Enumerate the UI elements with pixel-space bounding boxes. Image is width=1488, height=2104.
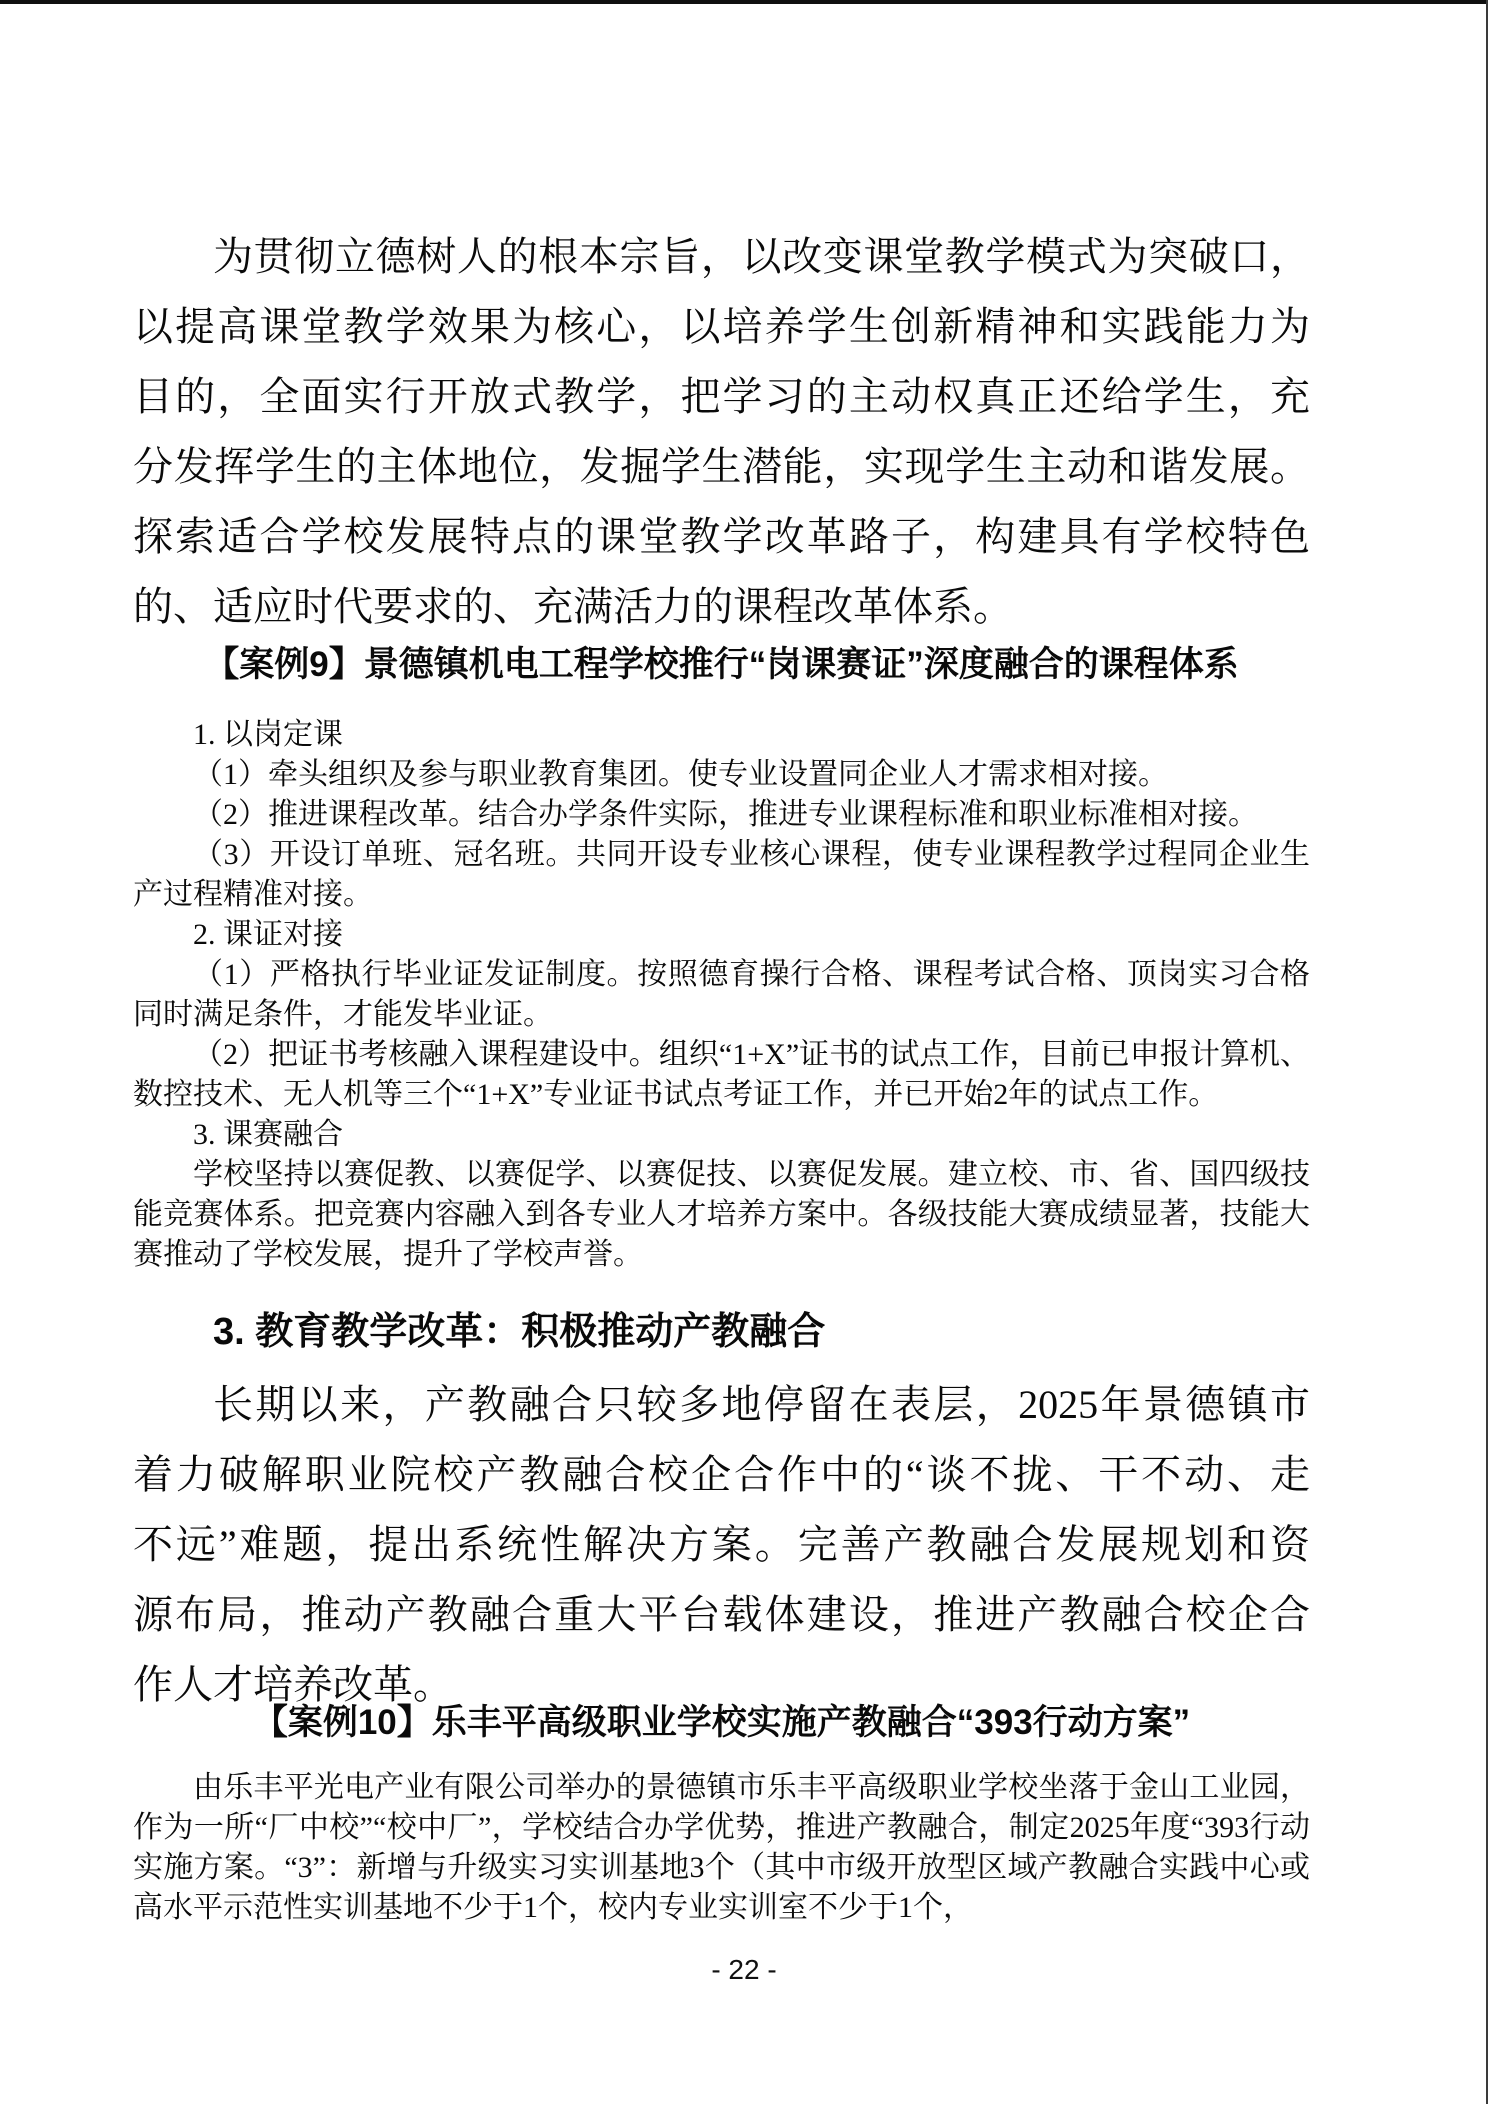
case9-item: （2）把证书考核融入课程建设中。组织“1+X”证书的试点工作，目前已申报计算机、…: [133, 1035, 1310, 1115]
case9-item: （2）推进课程改革。结合办学条件实际，推进专业课程标准和职业标准相对接。: [133, 795, 1310, 835]
case10-body: 由乐丰平光电产业有限公司举办的景德镇市乐丰平高级职业学校坐落于金山工业园，作为一…: [133, 1768, 1310, 1928]
case9-item: （1）严格执行毕业证发证制度。按照德育操行合格、课程考试合格、顶岗实习合格同时满…: [133, 955, 1310, 1035]
paragraph-line: 的、适应时代要求的、充满活力的课程改革体系。: [133, 572, 1310, 642]
paragraph-line: 源布局，推动产教融合重大平台载体建设，推进产教融合校企合: [133, 1580, 1310, 1650]
case10-item: 由乐丰平光电产业有限公司举办的景德镇市乐丰平高级职业学校坐落于金山工业园，作为一…: [133, 1768, 1310, 1928]
paragraph-line: 目的，全面实行开放式教学，把学习的主动权真正还给学生，充: [133, 362, 1310, 432]
window-top-edge: [0, 0, 1488, 4]
document-page: 为贯彻立德树人的根本宗旨，以改变课堂教学模式为突破口， 以提高课堂教学效果为核心…: [0, 0, 1488, 2104]
case9-subhead-2: 2. 课证对接: [133, 915, 1310, 955]
case10-heading: 【案例10】乐丰平高级职业学校实施产教融合“393行动方案”: [133, 1698, 1310, 1748]
case9-subhead-3: 3. 课赛融合: [133, 1115, 1310, 1155]
case9-item: 学校坚持以赛促教、以赛促学、以赛促技、以赛促发展。建立校、市、省、国四级技能竞赛…: [133, 1155, 1310, 1275]
case9-body: 1. 以岗定课 （1）牵头组织及参与职业教育集团。使专业设置同企业人才需求相对接…: [133, 715, 1310, 1275]
paragraph-line: 探索适合学校发展特点的课堂教学改革路子，构建具有学校特色: [133, 502, 1310, 572]
case9-subhead-1: 1. 以岗定课: [133, 715, 1310, 755]
page-number: - 22 -: [0, 1952, 1488, 1988]
case9-heading: 【案例9】景德镇机电工程学校推行“岗课赛证”深度融合的课程体系: [133, 640, 1310, 690]
case9-item: （3）开设订单班、冠名班。共同开设专业核心课程，使专业课程教学过程同企业生产过程…: [133, 835, 1310, 915]
paragraph-line: 为贯彻立德树人的根本宗旨，以改变课堂教学模式为突破口，: [133, 222, 1310, 292]
paragraph-line: 分发挥学生的主体地位，发掘学生潜能，实现学生主动和谐发展。: [133, 432, 1310, 502]
intro-paragraph: 为贯彻立德树人的根本宗旨，以改变课堂教学模式为突破口， 以提高课堂教学效果为核心…: [133, 222, 1310, 642]
case9-item: （1）牵头组织及参与职业教育集团。使专业设置同企业人才需求相对接。: [133, 755, 1310, 795]
paragraph-line: 不远”难题，提出系统性解决方案。完善产教融合发展规划和资: [133, 1510, 1310, 1580]
paragraph-line: 长期以来，产教融合只较多地停留在表层，2025年景德镇市: [133, 1370, 1310, 1440]
paragraph-line: 着力破解职业院校产教融合校企合作中的“谈不拢、干不动、走: [133, 1440, 1310, 1510]
section3-paragraph: 长期以来，产教融合只较多地停留在表层，2025年景德镇市 着力破解职业院校产教融…: [133, 1370, 1310, 1720]
paragraph-line: 以提高课堂教学效果为核心，以培养学生创新精神和实践能力为: [133, 292, 1310, 362]
section3-heading: 3. 教育教学改革：积极推动产教融合: [133, 1308, 1390, 1356]
